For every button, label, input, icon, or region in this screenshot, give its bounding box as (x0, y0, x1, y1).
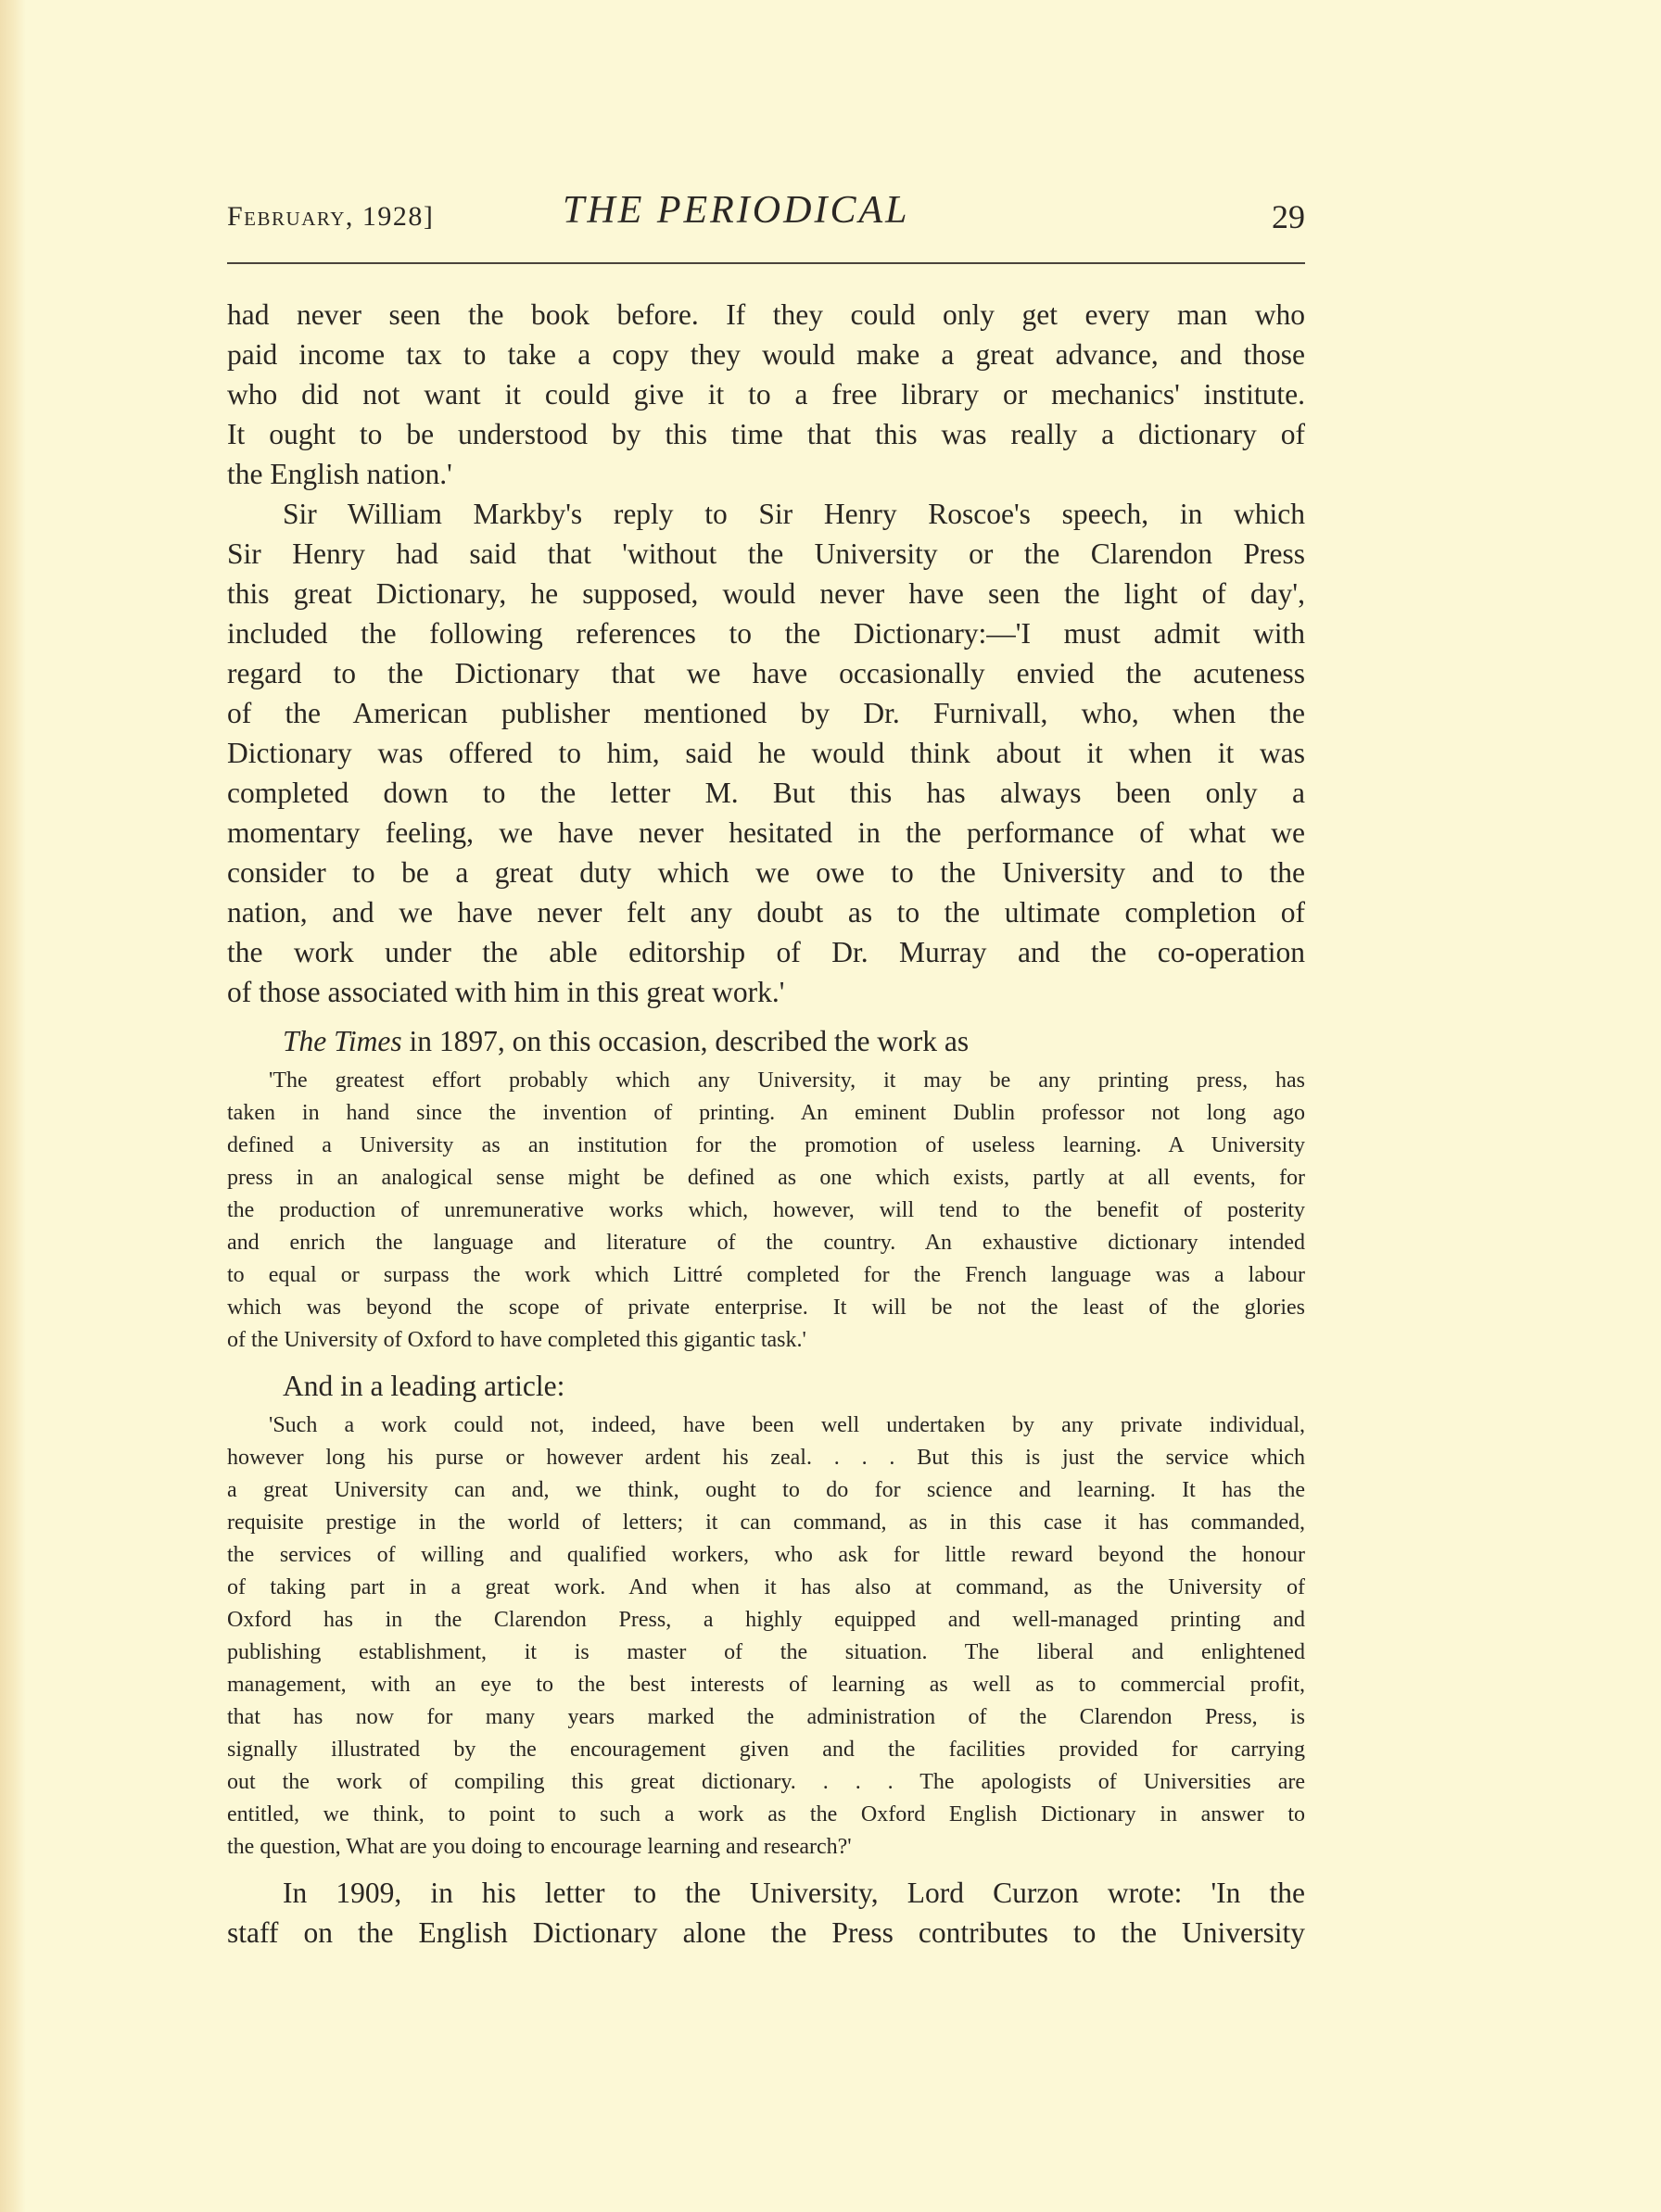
text-line: Sir Henry had said that 'without the Uni… (227, 534, 1305, 574)
paragraph-markby-reply: Sir William Markby's reply to Sir Henry … (227, 494, 1305, 1012)
quote-line: of taking part in a great work. And when… (227, 1572, 1305, 1604)
quote-line: defined a University as an institution f… (227, 1130, 1305, 1162)
quote-line: however long his purse or however ardent… (227, 1442, 1305, 1474)
quote-line: the services of willing and qualified wo… (227, 1539, 1305, 1572)
header-rule (227, 262, 1305, 264)
text-line: this great Dictionary, he supposed, woul… (227, 574, 1305, 613)
quote-line: management, with an eye to the best inte… (227, 1669, 1305, 1701)
quote-line: 'Such a work could not, indeed, have bee… (227, 1409, 1305, 1442)
quote-line: entitled, we think, to point to such a w… (227, 1799, 1305, 1831)
text-line: It ought to be understood by this time t… (227, 414, 1305, 454)
text-fragment: in 1897, on this occasion, described the… (402, 1025, 970, 1057)
running-head: February, 1928] THE PERIODICAL 29 (227, 188, 1305, 244)
running-head-date: February, 1928] (227, 201, 434, 233)
text-line: The Times in 1897, on this occasion, des… (227, 1021, 1305, 1061)
text-line: In 1909, in his letter to the University… (227, 1873, 1305, 1913)
quote-line: 'The greatest effort probably which any … (227, 1065, 1305, 1097)
text-line: nation, and we have never felt any doubt… (227, 892, 1305, 932)
text-line: And in a leading article: (227, 1366, 1305, 1406)
publication-name: The Times (283, 1025, 402, 1057)
text-line: paid income tax to take a copy they woul… (227, 335, 1305, 374)
quote-line: to equal or surpass the work which Littr… (227, 1259, 1305, 1292)
text-line: completed down to the letter M. But this… (227, 773, 1305, 813)
body-text: had never seen the book before. If they … (227, 295, 1305, 1953)
quote-line: press in an analogical sense might be de… (227, 1162, 1305, 1194)
text-line: had never seen the book before. If they … (227, 295, 1305, 335)
paper-edge-shading (0, 0, 26, 2212)
quote-line: a great University can and, we think, ou… (227, 1474, 1305, 1507)
periodical-title: THE PERIODICAL (563, 188, 909, 233)
text-line: of the American publisher mentioned by D… (227, 693, 1305, 733)
text-line: of those associated with him in this gre… (227, 972, 1305, 1012)
quote-line: publishing establishment, it is master o… (227, 1637, 1305, 1669)
block-quote-times: 'The greatest effort probably which any … (227, 1065, 1305, 1357)
quote-line: which was beyond the scope of private en… (227, 1292, 1305, 1324)
page-number: 29 (1272, 197, 1305, 236)
text-line: momentary feeling, we have never hesitat… (227, 813, 1305, 853)
quote-line: Oxford has in the Clarendon Press, a hig… (227, 1604, 1305, 1637)
text-line: Dictionary was offered to him, said he w… (227, 733, 1305, 773)
quote-line: of the University of Oxford to have comp… (227, 1324, 1305, 1357)
text-line: staff on the English Dictionary alone th… (227, 1913, 1305, 1953)
text-line: regard to the Dictionary that we have oc… (227, 653, 1305, 693)
text-line: Sir William Markby's reply to Sir Henry … (227, 494, 1305, 534)
paragraph-times-intro: The Times in 1897, on this occasion, des… (227, 1021, 1305, 1061)
text-line: included the following references to the… (227, 613, 1305, 653)
text-line: the English nation.' (227, 454, 1305, 494)
paragraph-continuation: had never seen the book before. If they … (227, 295, 1305, 494)
text-line: consider to be a great duty which we owe… (227, 853, 1305, 892)
quote-line: requisite prestige in the world of lette… (227, 1507, 1305, 1539)
quote-line: and enrich the language and literature o… (227, 1227, 1305, 1259)
quote-line: the production of unremunerative works w… (227, 1194, 1305, 1227)
quote-line: that has now for many years marked the a… (227, 1701, 1305, 1734)
paragraph-leading-article-intro: And in a leading article: (227, 1366, 1305, 1406)
quote-line: taken in hand since the invention of pri… (227, 1097, 1305, 1130)
quote-line: out the work of compiling this great dic… (227, 1766, 1305, 1799)
text-line: the work under the able editorship of Dr… (227, 932, 1305, 972)
text-line: who did not want it could give it to a f… (227, 374, 1305, 414)
paragraph-curzon-letter: In 1909, in his letter to the University… (227, 1873, 1305, 1953)
quote-line: signally illustrated by the encouragemen… (227, 1734, 1305, 1766)
block-quote-leading-article: 'Such a work could not, indeed, have bee… (227, 1409, 1305, 1864)
quote-line: the question, What are you doing to enco… (227, 1831, 1305, 1864)
